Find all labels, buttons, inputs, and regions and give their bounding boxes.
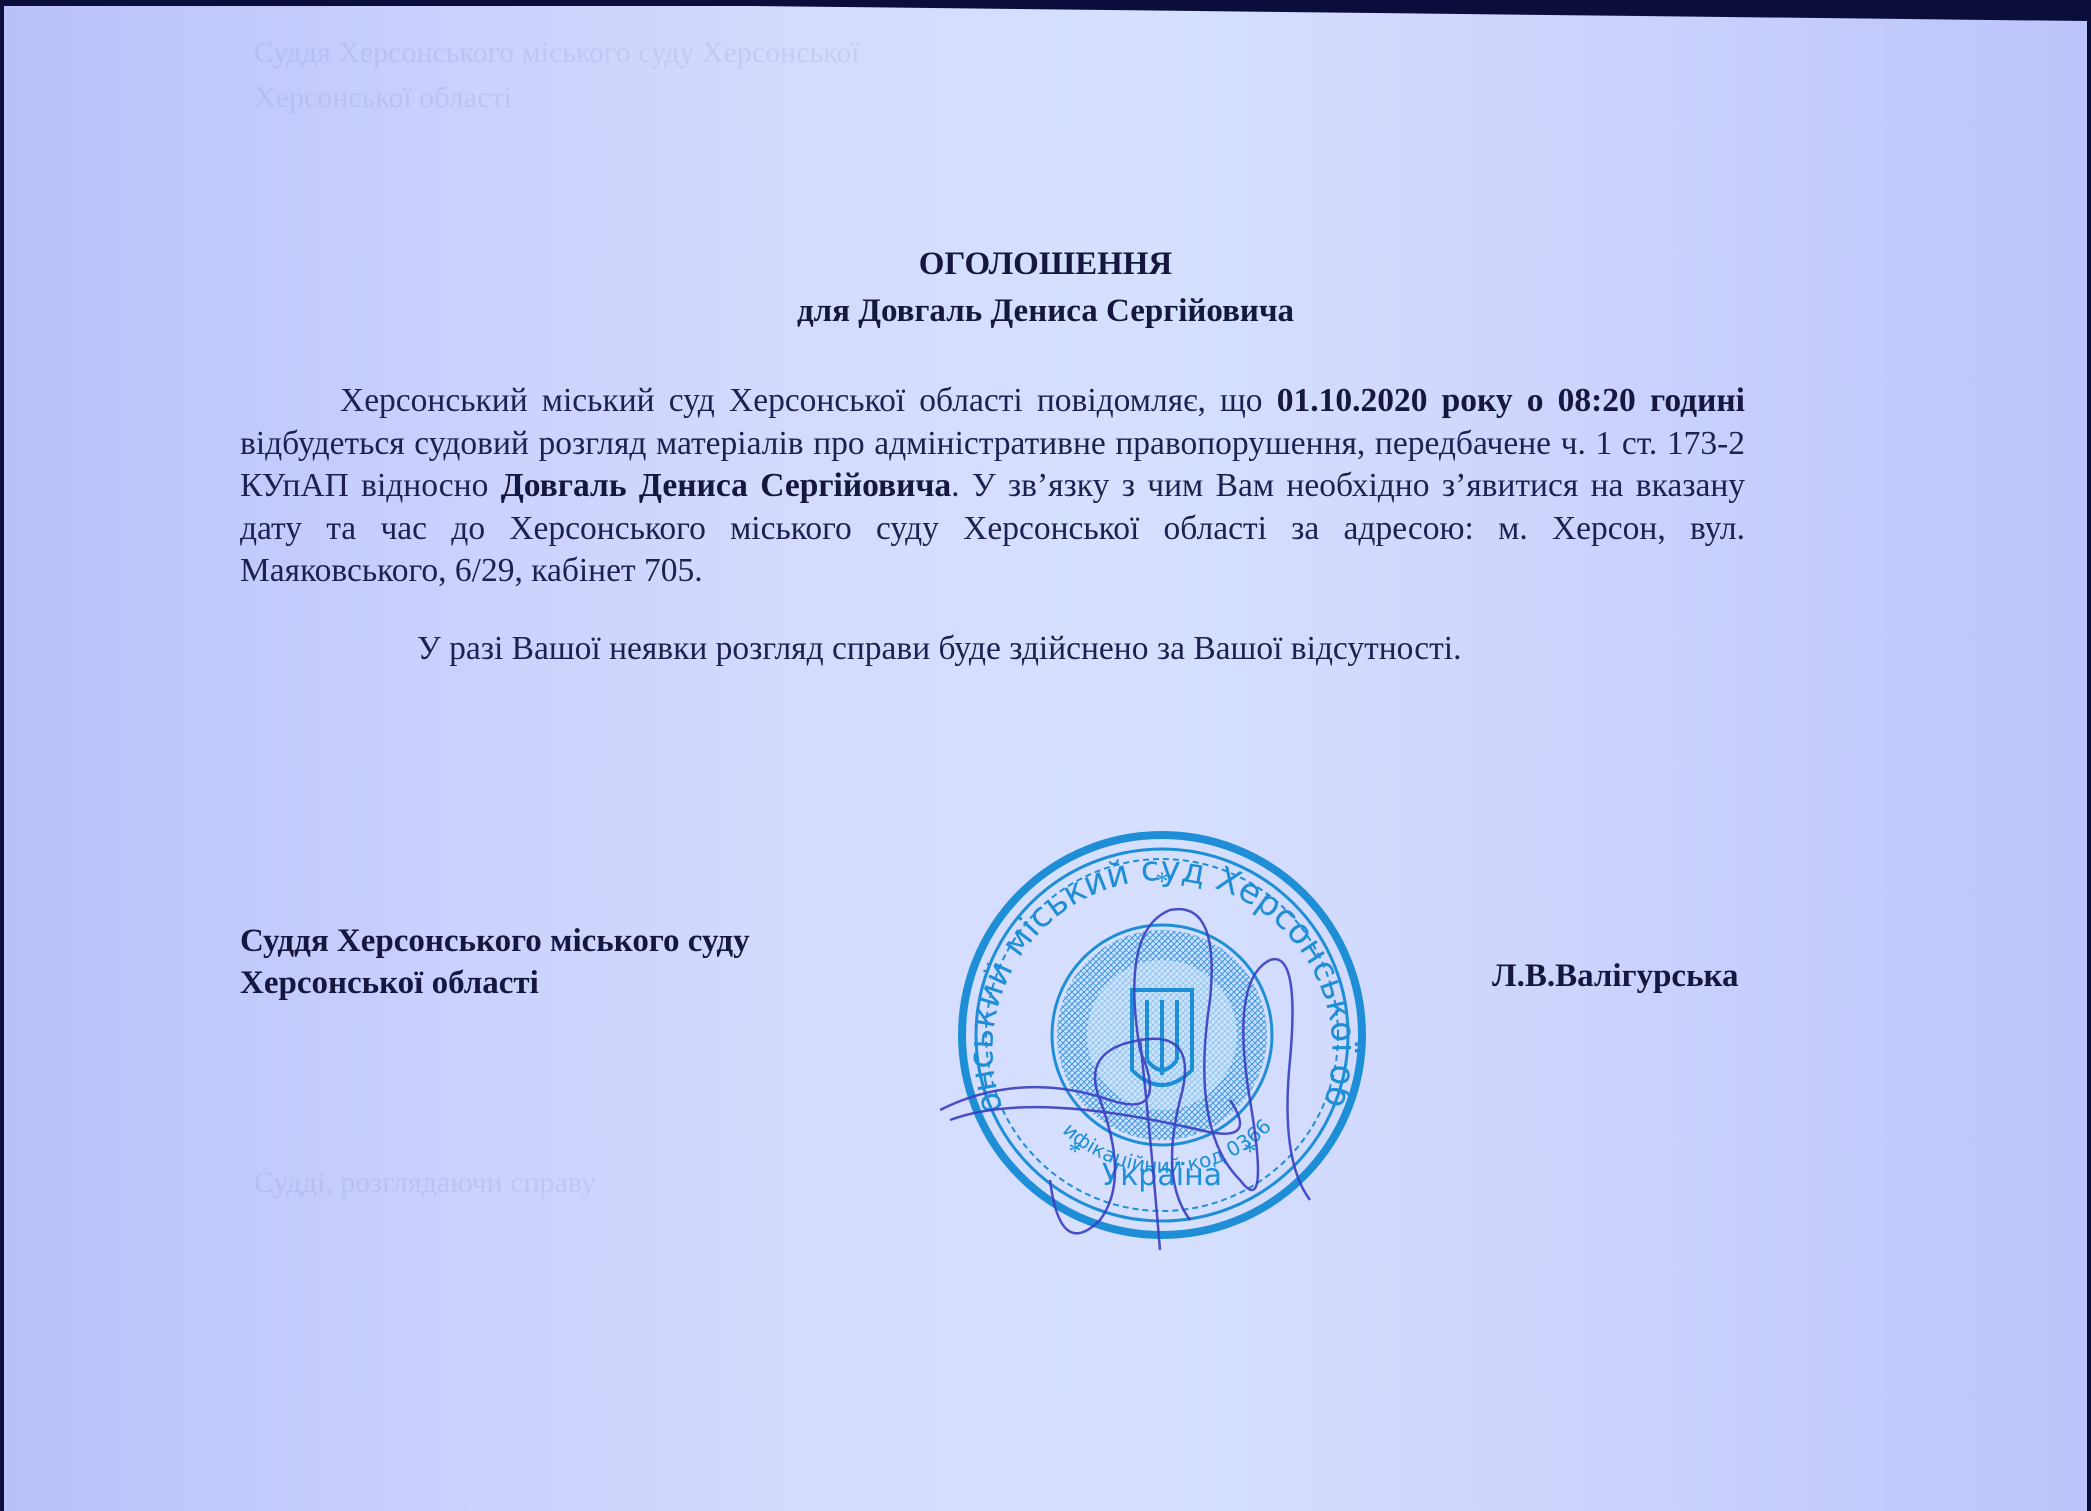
judge-name: Л.В.Валігурська [1492,958,1739,995]
judge-position: Суддя Херсонського міського суду Херсонс… [240,920,750,1004]
document-subtitle: для Довгаль Дениса Сергійовича [0,290,2091,332]
hearing-datetime: 01.10.2020 року о 08:20 годині [1277,382,1745,419]
bleed-through-text: Судді, розглядаючи справу [254,1166,596,1200]
seal-country-text: Україна [1102,1158,1222,1193]
paper-sheet: Суддя Херсонського міського суду Херсонс… [4,6,2087,1511]
star-icon: * [1244,1137,1257,1166]
judge-position-line1: Суддя Херсонського міського суду [240,920,750,962]
bleed-through-text: Суддя Херсонського міського суду Херсонс… [254,36,860,70]
document-title: ОГОЛОШЕННЯ [0,243,2091,285]
court-seal-stamp: Херсонський міський суд Херсонської обла… [940,800,1390,1270]
star-icon: * [1156,867,1169,896]
body-intro: Херсонський міський суд Херсонської обла… [340,382,1277,419]
absence-notice: У разі Вашої неявки розгляд справи буде … [417,628,1461,670]
body-paragraph: Херсонський міський суд Херсонської обла… [240,380,1745,593]
bleed-through-text: Херсонської області [254,81,512,115]
judge-position-line2: Херсонської області [240,962,750,1004]
star-icon: * [1069,1137,1082,1166]
defendant-name: Довгаль Дениса Сергійовича [501,467,951,504]
